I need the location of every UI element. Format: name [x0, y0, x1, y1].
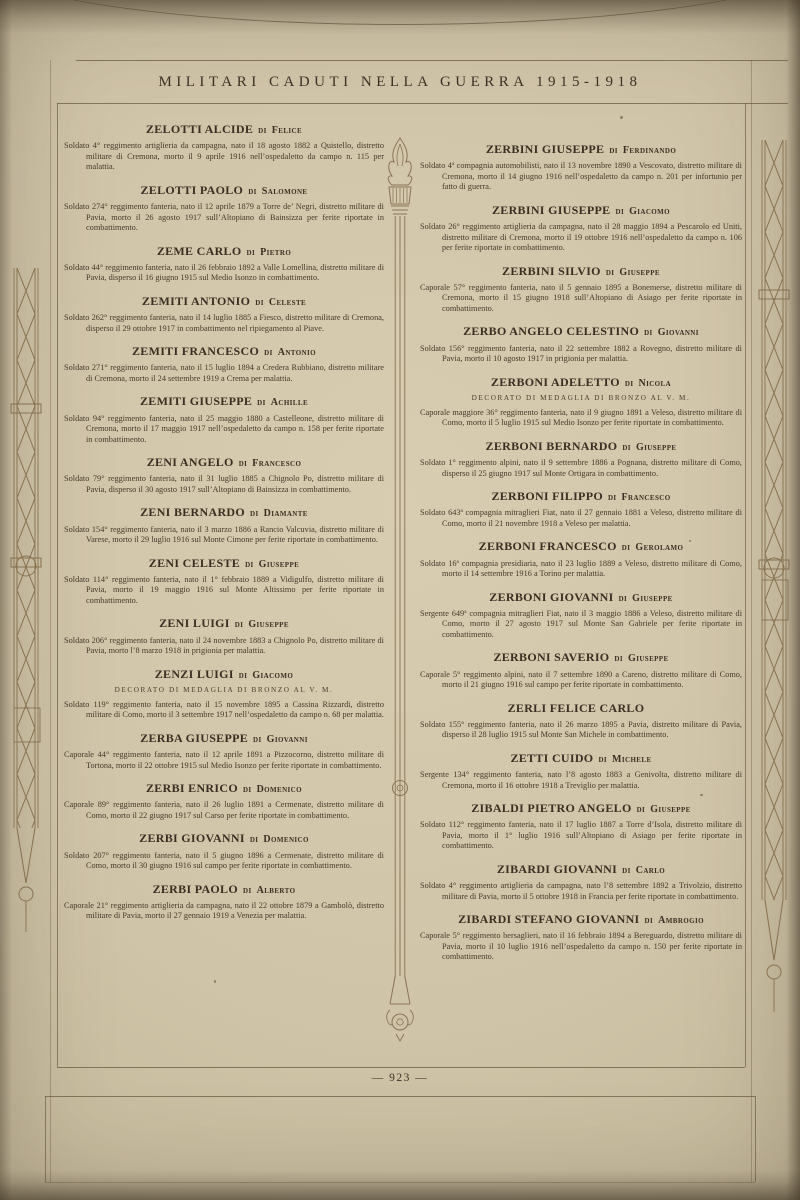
soldier-entry: ZIBALDI PIETRO ANGELOdiGiuseppeSoldato 1…	[420, 802, 742, 852]
soldier-name-heading: ZENZI LUIGIdiGiacomo	[64, 668, 384, 681]
soldier-record-text: Caporale maggiore 36° reggimento fanteri…	[420, 408, 742, 429]
soldier-entry: ZEME CARLOdiPietroSoldato 44° reggimento…	[64, 245, 384, 284]
soldier-name-heading: ZEMITI ANTONIOdiCeleste	[64, 295, 384, 308]
soldier-record-text: Soldato 207° reggimento fanteria, nato i…	[64, 851, 384, 872]
soldier-name-heading: ZERBONI ADELETTOdiNicola	[420, 376, 742, 389]
soldier-name-heading: ZELOTTI PAOLOdiSalomone	[64, 184, 384, 197]
soldier-name-heading: ZERBINI SILVIOdiGiuseppe	[420, 265, 742, 278]
soldier-record-text: Soldato 262° reggimento fanteria, nato i…	[64, 313, 384, 334]
soldier-record-text: Sergente 649ª compagnia mitraglieri Fiat…	[420, 609, 742, 641]
soldier-record-text: Sergente 134° reggimento fanteria, nato …	[420, 770, 742, 791]
soldier-record-text: Soldato 26° reggimento artiglieria da ca…	[420, 222, 742, 254]
soldier-entry: ZENZI LUIGIdiGiacomoDECORATO DI MEDAGLIA…	[64, 668, 384, 721]
soldier-entry: ZERLI FELICE CARLOSoldato 155° reggiment…	[420, 702, 742, 741]
soldier-record-text: Soldato 156° reggimento fanteria, nato i…	[420, 344, 742, 365]
soldier-entry: ZERBI GIOVANNIdiDomenicoSoldato 207° reg…	[64, 832, 384, 871]
soldier-name-heading: ZERBO ANGELO CELESTINOdiGiovanni	[420, 325, 742, 338]
soldier-entry: ZERBONI FILIPPOdiFrancescoSoldato 643ª c…	[420, 490, 742, 529]
soldier-record-text: Soldato 154° reggimento fanteria, nato i…	[64, 525, 384, 546]
soldier-record-text: Caporale 44° reggimento fanteria, nato i…	[64, 750, 384, 771]
soldier-record-text: Soldato 119° reggimento fanteria, nato i…	[64, 700, 384, 721]
soldier-record-text: Soldato 94° reggimento fanteria, nato il…	[64, 414, 384, 446]
soldier-record-text: Soldato 4ª compagnia automobilisti, nato…	[420, 161, 742, 193]
soldier-entry: ZENI CELESTEdiGiuseppeSoldato 114° reggi…	[64, 557, 384, 607]
content-left-rule	[57, 103, 58, 1067]
soldier-entry: ZERBA GIUSEPPEdiGiovanniCaporale 44° reg…	[64, 732, 384, 771]
page-title: MILITARI CADUTI NELLA GUERRA 1915-1918	[0, 74, 800, 91]
soldier-record-text: Soldato 206° reggimento fanteria, nato i…	[64, 636, 384, 657]
soldier-record-text: Caporale 5° reggimento alpini, nato il 7…	[420, 670, 742, 691]
soldier-name-heading: ZENI LUIGIdiGiuseppe	[64, 617, 384, 630]
soldier-entry: ZERBINI SILVIOdiGiuseppeCaporale 57° reg…	[420, 265, 742, 315]
soldier-record-text: Soldato 79° reggimento fanteria, nato il…	[64, 474, 384, 495]
soldier-entry: ZERBINI GIUSEPPEdiFerdinandoSoldato 4ª c…	[420, 143, 742, 193]
soldier-name-heading: ZIBARDI STEFANO GIOVANNIdiAmbrogio	[420, 913, 742, 926]
soldier-name-heading: ZERBINI GIUSEPPEdiGiacomo	[420, 204, 742, 217]
soldier-record-text: Soldato 643ª compagnia mitraglieri Fiat,…	[420, 508, 742, 529]
soldier-name-heading: ZERBONI SAVERIOdiGiuseppe	[420, 651, 742, 664]
soldier-record-text: Soldato 16ª compagnia presidiaria, nato …	[420, 559, 742, 580]
soldier-name-heading: ZERLI FELICE CARLO	[420, 702, 742, 715]
soldier-entry: ZERBONI GIOVANNIdiGiuseppeSergente 649ª …	[420, 591, 742, 641]
soldier-entry: ZERBI PAOLOdiAlbertoCaporale 21° reggime…	[64, 883, 384, 922]
soldier-entry: ZENI LUIGIdiGiuseppeSoldato 206° reggime…	[64, 617, 384, 656]
soldier-entry: ZIBARDI STEFANO GIOVANNIdiAmbrogioCapora…	[420, 913, 742, 963]
soldier-name-heading: ZERBONI GIOVANNIdiGiuseppe	[420, 591, 742, 604]
paper-speck	[689, 540, 691, 542]
paper-speck	[214, 980, 216, 983]
decoration-line: DECORATO DI MEDAGLIA DI BRONZO AL V. M.	[420, 394, 742, 402]
soldier-name-heading: ZERBINI GIUSEPPEdiFerdinando	[420, 143, 742, 156]
content-right-rule	[745, 103, 746, 1067]
left-border-ornament	[8, 268, 44, 953]
paper-speck	[700, 794, 703, 796]
soldier-record-text: Caporale 21° reggimento artiglieria da c…	[64, 901, 384, 922]
soldier-record-text: Caporale 5° reggimento bersaglieri, nato…	[420, 931, 742, 963]
soldier-record-text: Soldato 112° reggimento fanteria, nato i…	[420, 820, 742, 852]
soldier-record-text: Caporale 89° reggimento fanteria, nato i…	[64, 800, 384, 821]
soldier-name-heading: ZIBALDI PIETRO ANGELOdiGiuseppe	[420, 802, 742, 815]
header-bottom-rule	[57, 103, 788, 104]
soldier-record-text: Soldato 155° reggimento fanteria, nato i…	[420, 720, 742, 741]
soldier-entry: ZERBO ANGELO CELESTINOdiGiovanniSoldato …	[420, 325, 742, 364]
soldier-record-text: Soldato 4° reggimento artiglieria da cam…	[64, 141, 384, 173]
soldier-name-heading: ZERBA GIUSEPPEdiGiovanni	[64, 732, 384, 745]
soldier-record-text: Soldato 1° reggimento alpini, nato il 9 …	[420, 458, 742, 479]
paper-speck	[620, 116, 623, 119]
footer-bottom-rule	[45, 1096, 755, 1097]
soldier-name-heading: ZENI ANGELOdiFrancesco	[64, 456, 384, 469]
soldier-record-text: Soldato 4° reggimento artiglieria da cam…	[420, 881, 742, 902]
soldier-entry: ZENI BERNARDOdiDiamanteSoldato 154° regg…	[64, 506, 384, 545]
soldier-name-heading: ZEME CARLOdiPietro	[64, 245, 384, 258]
soldier-record-text: Soldato 274° reggimento fanteria, nato i…	[64, 202, 384, 234]
soldier-entry: ZEMITI FRANCESCOdiAntonioSoldato 271° re…	[64, 345, 384, 384]
page-number: — 923 —	[0, 1072, 800, 1084]
soldier-record-text: Soldato 114° reggimento fanteria, nato i…	[64, 575, 384, 607]
torch-column-divider-ornament	[383, 136, 417, 1047]
scan-shadow-top	[0, 0, 800, 34]
scan-shadow-right	[786, 0, 800, 1200]
left-column: ZELOTTI ALCIDEdiFeliceSoldato 4° reggime…	[64, 112, 384, 922]
soldier-entry: ZIBARDI GIOVANNIdiCarloSoldato 4° reggim…	[420, 863, 742, 902]
soldier-name-heading: ZELOTTI ALCIDEdiFelice	[64, 123, 384, 136]
soldier-entry: ZERBONI SAVERIOdiGiuseppeCaporale 5° reg…	[420, 651, 742, 690]
book-page-scan: MILITARI CADUTI NELLA GUERRA 1915-1918 Z…	[0, 0, 800, 1200]
soldier-name-heading: ZERBONI BERNARDOdiGiuseppe	[420, 440, 742, 453]
soldier-entry: ZERBONI FRANCESCOdiGerolamoSoldato 16ª c…	[420, 540, 742, 579]
soldier-entry: ZERBI ENRICOdiDomenicoCaporale 89° reggi…	[64, 782, 384, 821]
soldier-name-heading: ZERBONI FRANCESCOdiGerolamo	[420, 540, 742, 553]
soldier-name-heading: ZETTI CUIDOdiMichele	[420, 752, 742, 765]
soldier-name-heading: ZERBI GIOVANNIdiDomenico	[64, 832, 384, 845]
soldier-entry: ZERBINI GIUSEPPEdiGiacomoSoldato 26° reg…	[420, 204, 742, 254]
soldier-name-heading: ZENI BERNARDOdiDiamante	[64, 506, 384, 519]
soldier-name-heading: ZIBARDI GIOVANNIdiCarlo	[420, 863, 742, 876]
soldier-entry: ZELOTTI ALCIDEdiFeliceSoldato 4° reggime…	[64, 123, 384, 173]
header-top-rule	[76, 60, 788, 61]
soldier-entry: ZENI ANGELOdiFrancescoSoldato 79° reggim…	[64, 456, 384, 495]
outer-right-frame-rule	[751, 60, 752, 1182]
soldier-name-heading: ZEMITI GIUSEPPEdiAchille	[64, 395, 384, 408]
soldier-record-text: Soldato 44° reggimento fanteria, nato il…	[64, 263, 384, 284]
outer-left-frame-rule	[50, 60, 51, 1182]
right-column: ZERBINI GIUSEPPEdiFerdinandoSoldato 4ª c…	[420, 112, 742, 963]
soldier-entry: ZELOTTI PAOLOdiSalomoneSoldato 274° regg…	[64, 184, 384, 234]
soldier-entry: ZETTI CUIDOdiMicheleSergente 134° reggim…	[420, 752, 742, 791]
scan-shadow-bottom	[0, 1170, 800, 1200]
soldier-name-heading: ZERBI PAOLOdiAlberto	[64, 883, 384, 896]
footer-top-rule	[57, 1067, 745, 1068]
scan-shadow-left	[0, 0, 12, 1200]
decoration-line: DECORATO DI MEDAGLIA DI BRONZO AL V. M.	[64, 686, 384, 694]
soldier-name-heading: ZERBI ENRICOdiDomenico	[64, 782, 384, 795]
soldier-name-heading: ZEMITI FRANCESCOdiAntonio	[64, 345, 384, 358]
soldier-entry: ZERBONI ADELETTOdiNicolaDECORATO DI MEDA…	[420, 376, 742, 429]
soldier-name-heading: ZERBONI FILIPPOdiFrancesco	[420, 490, 742, 503]
soldier-entry: ZERBONI BERNARDOdiGiuseppeSoldato 1° reg…	[420, 440, 742, 479]
soldier-record-text: Soldato 271° reggimento fanteria, nato i…	[64, 363, 384, 384]
soldier-entry: ZEMITI GIUSEPPEdiAchilleSoldato 94° regg…	[64, 395, 384, 445]
soldier-record-text: Caporale 57° reggimento fanteria, nato i…	[420, 283, 742, 315]
soldier-entry: ZEMITI ANTONIOdiCelesteSoldato 262° regg…	[64, 295, 384, 334]
soldier-name-heading: ZENI CELESTEdiGiuseppe	[64, 557, 384, 570]
